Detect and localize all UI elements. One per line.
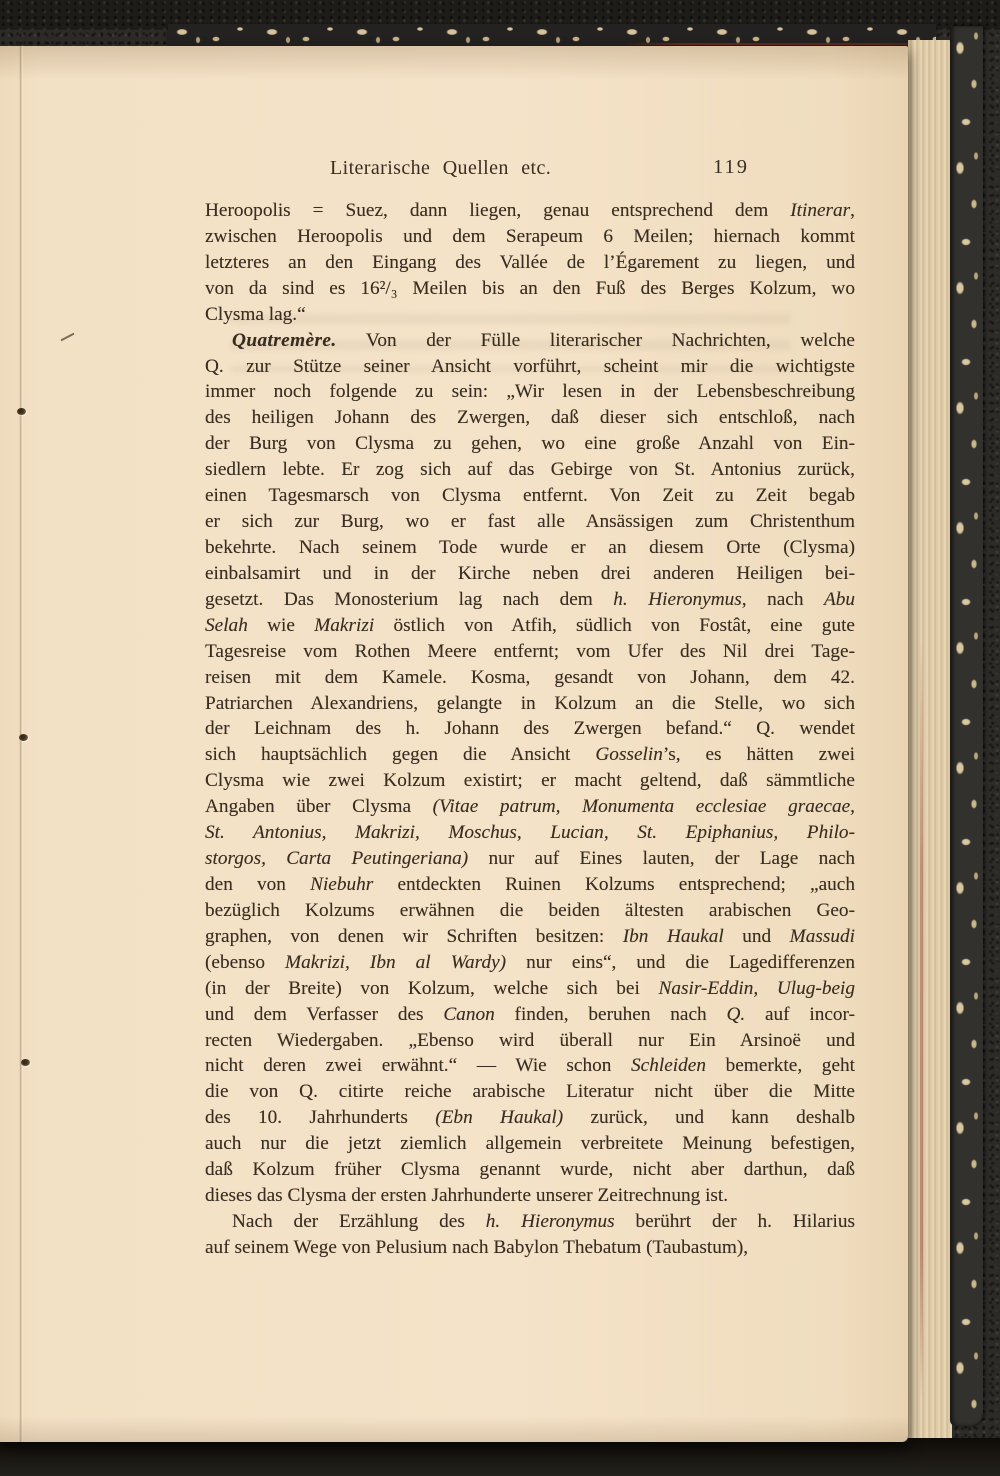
text-run: Nach der Erzählung des (232, 1211, 486, 1232)
text-run: dieses das Clysma der ersten Jahrhundert… (205, 1185, 728, 1206)
text-line: zwischen Heroopolis und dem Serapeum 6 M… (205, 224, 855, 250)
text-run: entdeckten Ruinen Kolzums entsprechend; … (373, 874, 855, 895)
text-run: (in der Breite) von Kolzum, welche sich … (205, 978, 658, 999)
emphasis-italic: Massudi (790, 926, 855, 947)
scanned-book-photo: Literarische Quellen etc. 119 Heroopolis… (0, 0, 1000, 1476)
text-line: bezüglich Kolzums erwähnen die beiden äl… (205, 898, 855, 924)
text-line: gesetzt. Das Monosterium lag nach dem h.… (205, 587, 855, 613)
running-title: Literarische Quellen etc. (330, 157, 551, 180)
text-run: und dem Verfasser des (205, 1004, 443, 1025)
emphasis-italic: Nasir-Eddin, Ulug-beig (658, 978, 855, 999)
text-run: die von Q. citirte reiche arabische Lite… (205, 1081, 855, 1102)
text-line: reisen mit dem Kamele. Kosma, gesandt vo… (205, 665, 855, 691)
text-run: einen Tagesmarsch von Clysma entfernt. V… (205, 485, 855, 506)
text-line: von da sind es 16²/₃ Meilen bis an den F… (205, 276, 855, 302)
text-line: sich hauptsächlich gegen die Ansicht Gos… (205, 742, 855, 768)
text-line: auf seinem Wege von Pelusium nach Babylo… (205, 1235, 855, 1261)
text-line: Patriarchen Alexandriens, gelangte in Ko… (205, 691, 855, 717)
text-line: des heiligen Johann des Zwergen, daß die… (205, 405, 855, 431)
stitch-hole (17, 408, 26, 415)
text-run: auch nur die jetzt ziemlich allgemein ve… (205, 1133, 855, 1154)
text-run: reisen mit dem Kamele. Kosma, gesandt vo… (205, 667, 855, 688)
text-run: nur eins“, und die Lagedifferenzen (506, 952, 855, 973)
text-run: Clysma lag.“ (205, 304, 306, 325)
text-line: den von Niebuhr entdeckten Ruinen Kolzum… (205, 872, 855, 898)
stitch-hole (19, 734, 28, 741)
book-page: Literarische Quellen etc. 119 Heroopolis… (0, 46, 908, 1442)
text-line: (in der Breite) von Kolzum, welche sich … (205, 976, 855, 1002)
text-run: graphen, von denen wir Schriften besitze… (205, 926, 623, 947)
emphasis-italic: Makrizi (314, 615, 374, 636)
emphasis-italic: h. Hieronymus (486, 1211, 615, 1232)
page-text: Heroopolis = Suez, dann liegen, genau en… (205, 198, 855, 1261)
emphasis-italic: Makrizi, Ibn al Wardy) (285, 952, 506, 973)
text-run: , nach (742, 589, 824, 610)
text-run: recten Wiedergaben. „Ebenso wird überall… (205, 1030, 855, 1051)
text-run: bezüglich Kolzums erwähnen die beiden äl… (205, 900, 855, 921)
text-line: der Burg von Clysma zu gehen, wo eine gr… (205, 431, 855, 457)
text-line: Heroopolis = Suez, dann liegen, genau en… (205, 198, 855, 224)
text-run: wie (248, 615, 314, 636)
text-line: Quatremère. Von der Fülle literarischer … (205, 328, 855, 354)
text-run: und (724, 926, 790, 947)
marbled-fore-edge (950, 26, 983, 1426)
text-line: auch nur die jetzt ziemlich allgemein ve… (205, 1131, 855, 1157)
text-line: die von Q. citirte reiche arabische Lite… (205, 1079, 855, 1105)
text-line: Nach der Erzählung des h. Hieronymus ber… (205, 1209, 855, 1235)
emphasis-italic: St. Antonius, Makrizi, Moschus, Lucian, … (205, 822, 855, 843)
text-line: letzteres an den Eingang des Vallée de l… (205, 250, 855, 276)
emphasis-italic: Gosselin (595, 744, 662, 765)
text-run: zurück, und kann deshalb (563, 1107, 855, 1128)
text-run: er sich zur Burg, wo er fast alle Ansäss… (205, 511, 855, 532)
page-number: 119 (713, 156, 749, 179)
text-line: einen Tagesmarsch von Clysma entfernt. V… (205, 483, 855, 509)
text-line: (ebenso Makrizi, Ibn al Wardy) nur eins“… (205, 950, 855, 976)
text-line: Angaben über Clysma (Vitae patrum, Monum… (205, 794, 855, 820)
text-run: des heiligen Johann des Zwergen, daß die… (205, 407, 855, 428)
text-line: nicht deren zwei erwähnt.“ — Wie schon S… (205, 1053, 855, 1079)
text-run: immer noch folgende zu sein: „Wir lesen … (205, 381, 855, 402)
emphasis-italic: Q. (726, 1004, 745, 1025)
text-run: der Leichnam des h. Johann des Zwergen b… (205, 718, 855, 739)
emphasis-italic: storgos, Carta Peutingeriana) (205, 848, 468, 869)
text-line: und dem Verfasser des Canon finden, beru… (205, 1002, 855, 1028)
text-run: ’s, es hätten zwei (663, 744, 855, 765)
text-run: berührt der h. Hilarius (615, 1211, 855, 1232)
emphasis-bold-italic: Quatremère. (232, 330, 337, 351)
gutter-crease (19, 46, 23, 1442)
text-line: Q. zur Stütze seiner Ansicht vorführt, s… (205, 354, 855, 380)
ink-mark (60, 333, 74, 342)
emphasis-italic: Schleiden (631, 1055, 706, 1076)
text-run: von da sind es 16²/₃ Meilen bis an den F… (205, 278, 855, 299)
text-line: Tagesreise vom Rothen Meere entfernt; vo… (205, 639, 855, 665)
text-line: St. Antonius, Makrizi, Moschus, Lucian, … (205, 820, 855, 846)
fore-edge-page-stack (908, 40, 952, 1442)
text-run: Angaben über Clysma (205, 796, 433, 817)
text-run: Clysma wie zwei Kolzum existirt; er mach… (205, 770, 855, 791)
text-line: er sich zur Burg, wo er fast alle Ansäss… (205, 509, 855, 535)
text-run: Q. zur Stütze seiner Ansicht vorführt, s… (205, 356, 855, 377)
text-run: , (850, 200, 855, 221)
text-run: bekehrte. Nach seinem Tode wurde er an d… (205, 537, 855, 558)
text-run: siedlern lebte. Er zog sich auf das Gebi… (205, 459, 855, 480)
text-run: der Burg von Clysma zu gehen, wo eine gr… (205, 433, 855, 454)
text-run: Heroopolis = Suez, dann liegen, genau en… (205, 200, 790, 221)
text-run: auf incor- (745, 1004, 855, 1025)
emphasis-italic: Selah (205, 615, 248, 636)
text-run: auf seinem Wege von Pelusium nach Babylo… (205, 1237, 748, 1258)
text-run: Tagesreise vom Rothen Meere entfernt; vo… (205, 641, 855, 662)
text-run: finden, beruhen nach (495, 1004, 727, 1025)
emphasis-italic: h. Hieronymus (613, 589, 741, 610)
text-line: siedlern lebte. Er zog sich auf das Gebi… (205, 457, 855, 483)
text-run: nicht deren zwei erwähnt.“ — Wie schon (205, 1055, 631, 1076)
text-line: bekehrte. Nach seinem Tode wurde er an d… (205, 535, 855, 561)
text-run: gesetzt. Das Monosterium lag nach dem (205, 589, 613, 610)
emphasis-italic: (Vitae patrum, Monumenta ecclesiae graec… (433, 796, 855, 817)
text-run: östlich von Atfih, südlich von Fostât, e… (374, 615, 855, 636)
text-line: einbalsamirt und in der Kirche neben dre… (205, 561, 855, 587)
emphasis-italic: Itinerar (790, 200, 850, 221)
stitch-hole (21, 1059, 30, 1066)
emphasis-italic: Canon (443, 1004, 494, 1025)
text-run: sich hauptsächlich gegen die Ansicht (205, 744, 595, 765)
emphasis-italic: Abu (824, 589, 855, 610)
text-line: des 10. Jahrhunderts (Ebn Haukal) zurück… (205, 1105, 855, 1131)
book-bottom-edge (0, 1438, 1000, 1476)
text-run: (ebenso (205, 952, 285, 973)
text-line: storgos, Carta Peutingeriana) nur auf Ei… (205, 846, 855, 872)
text-run: den von (205, 874, 310, 895)
text-run: letzteres an den Eingang des Vallée de l… (205, 252, 855, 273)
text-run: nur auf Eines lauten, der Lage nach (468, 848, 855, 869)
emphasis-italic: Ibn Haukal (623, 926, 724, 947)
text-line: der Leichnam des h. Johann des Zwergen b… (205, 716, 855, 742)
fore-edge-stain (920, 640, 923, 1400)
text-run: Von der Fülle literarischer Nachrichten,… (337, 330, 855, 351)
text-run: Patriarchen Alexandriens, gelangte in Ko… (205, 693, 855, 714)
text-line: Clysma lag.“ (205, 302, 855, 328)
text-run: bemerkte, geht (706, 1055, 855, 1076)
text-line: daß Kolzum früher Clysma genannt wurde, … (205, 1157, 855, 1183)
text-line: Clysma wie zwei Kolzum existirt; er mach… (205, 768, 855, 794)
text-run: zwischen Heroopolis und dem Serapeum 6 M… (205, 226, 855, 247)
text-run: des 10. Jahrhunderts (205, 1107, 435, 1128)
emphasis-italic: Niebuhr (310, 874, 373, 895)
text-line: dieses das Clysma der ersten Jahrhundert… (205, 1183, 855, 1209)
text-line: graphen, von denen wir Schriften besitze… (205, 924, 855, 950)
text-run: daß Kolzum früher Clysma genannt wurde, … (205, 1159, 855, 1180)
red-edge-stain (620, 43, 940, 45)
emphasis-italic: (Ebn Haukal) (435, 1107, 563, 1128)
text-run: einbalsamirt und in der Kirche neben dre… (205, 563, 855, 584)
text-line: immer noch folgende zu sein: „Wir lesen … (205, 379, 855, 405)
text-line: Selah wie Makrizi östlich von Atfih, süd… (205, 613, 855, 639)
text-line: recten Wiedergaben. „Ebenso wird überall… (205, 1028, 855, 1054)
